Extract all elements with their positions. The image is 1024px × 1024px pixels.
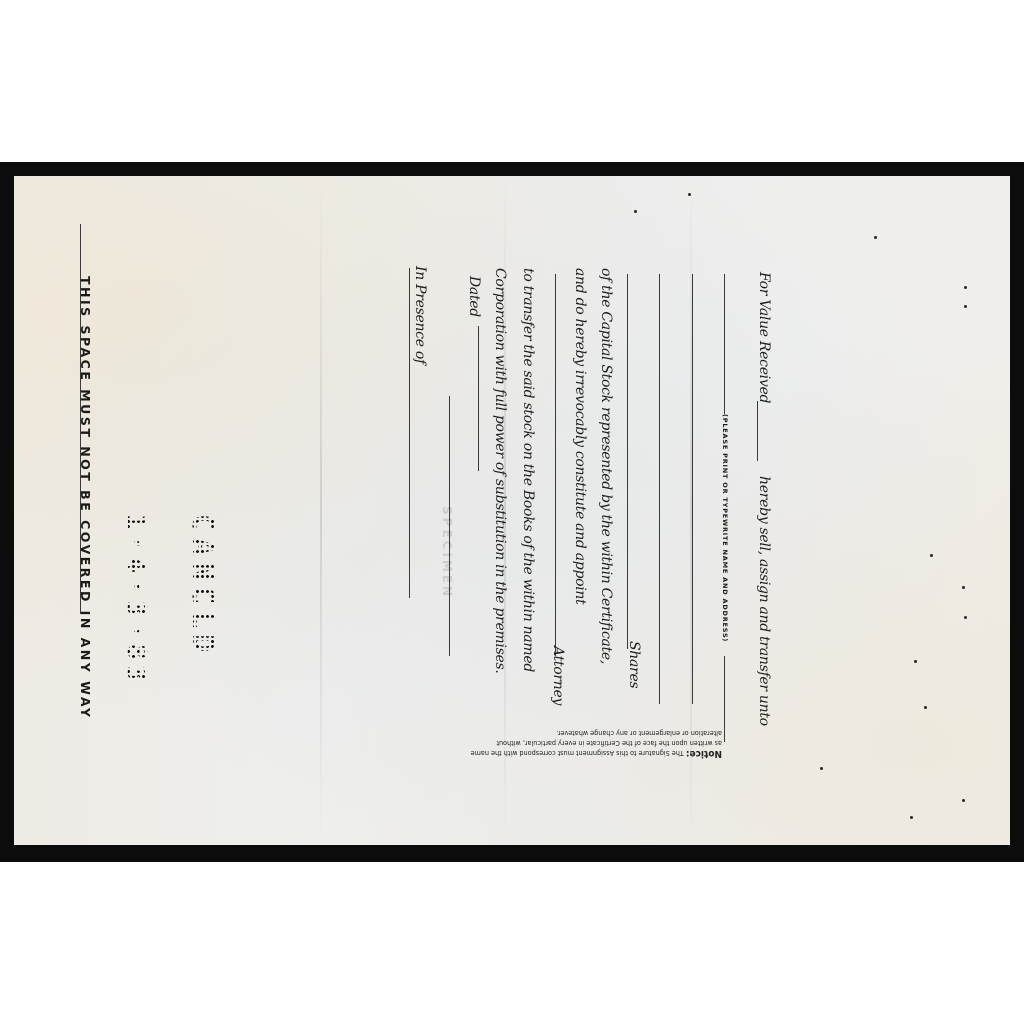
- margin-warning-text: THIS SPACE MUST NOT BE COVERED IN ANY WA…: [78, 276, 93, 719]
- hereby-assign-text: hereby sell, assign and transfer unto: [756, 476, 772, 726]
- assignee-address-line: [659, 274, 660, 704]
- pinhole-speck: [924, 706, 927, 709]
- pinhole-speck: [914, 660, 917, 663]
- dated-label: Dated: [466, 276, 482, 317]
- for-value-received-text: For Value Received: [756, 272, 772, 403]
- pinhole-speck: [964, 616, 967, 619]
- pinhole-speck: [964, 286, 967, 289]
- perforated-date-stamp: 1·4·3·83: [121, 514, 151, 687]
- in-presence-of-label: In Presence of: [412, 266, 428, 364]
- certificate-back-page: THIS SPACE MUST NOT BE COVERED IN ANY WA…: [14, 176, 1010, 845]
- pinhole-speck: [634, 210, 637, 213]
- notice-label: Notice:: [686, 748, 722, 759]
- witness-signature-line: [409, 268, 410, 598]
- assignee-name-line: [724, 274, 725, 414]
- corporation-line-text: Corporation with full power of substitut…: [492, 268, 508, 674]
- pinhole-speck: [962, 799, 965, 802]
- pinhole-speck: [910, 816, 913, 819]
- attorney-name-line: [555, 274, 556, 656]
- witness-signature-line: [449, 396, 450, 656]
- notice-line-2: as written upon the face of the Certific…: [471, 738, 722, 748]
- pinhole-speck: [688, 193, 691, 196]
- notice-line-1: The Signature to this Assignment must co…: [471, 749, 684, 758]
- assignor-name-line: [757, 401, 758, 461]
- irrevocably-line-text: and do hereby irrevocably constitute and…: [572, 268, 588, 604]
- notice-text-block: Notice: The Signature to this Assignment…: [471, 728, 722, 758]
- pinhole-speck: [962, 586, 965, 589]
- shares-label: Shares: [626, 641, 642, 688]
- fold-line: [320, 176, 322, 845]
- shares-count-line: [627, 274, 628, 649]
- perforated-cancel-stamp: CANCLD: [185, 514, 220, 658]
- pinhole-speck: [820, 767, 823, 770]
- capital-stock-line-text: of the Capital Stock represented by the …: [598, 268, 614, 664]
- dated-field-line: [478, 326, 479, 471]
- notice-line-3: alteration or enlargement or any change …: [471, 728, 722, 738]
- assignee-name-line: [724, 656, 725, 742]
- transfer-line-text: to transfer the said stock on the Books …: [520, 268, 536, 672]
- assignee-address-line: [692, 274, 693, 704]
- pinhole-speck: [874, 236, 877, 239]
- pinhole-speck: [964, 305, 967, 308]
- print-instruction-text: (PLEASE PRINT OR TYPEWRITE NAME AND ADDR…: [721, 414, 729, 642]
- pinhole-speck: [930, 554, 933, 557]
- faint-watermark: SPECIMEN: [440, 506, 454, 599]
- attorney-label: Attorney: [550, 646, 566, 705]
